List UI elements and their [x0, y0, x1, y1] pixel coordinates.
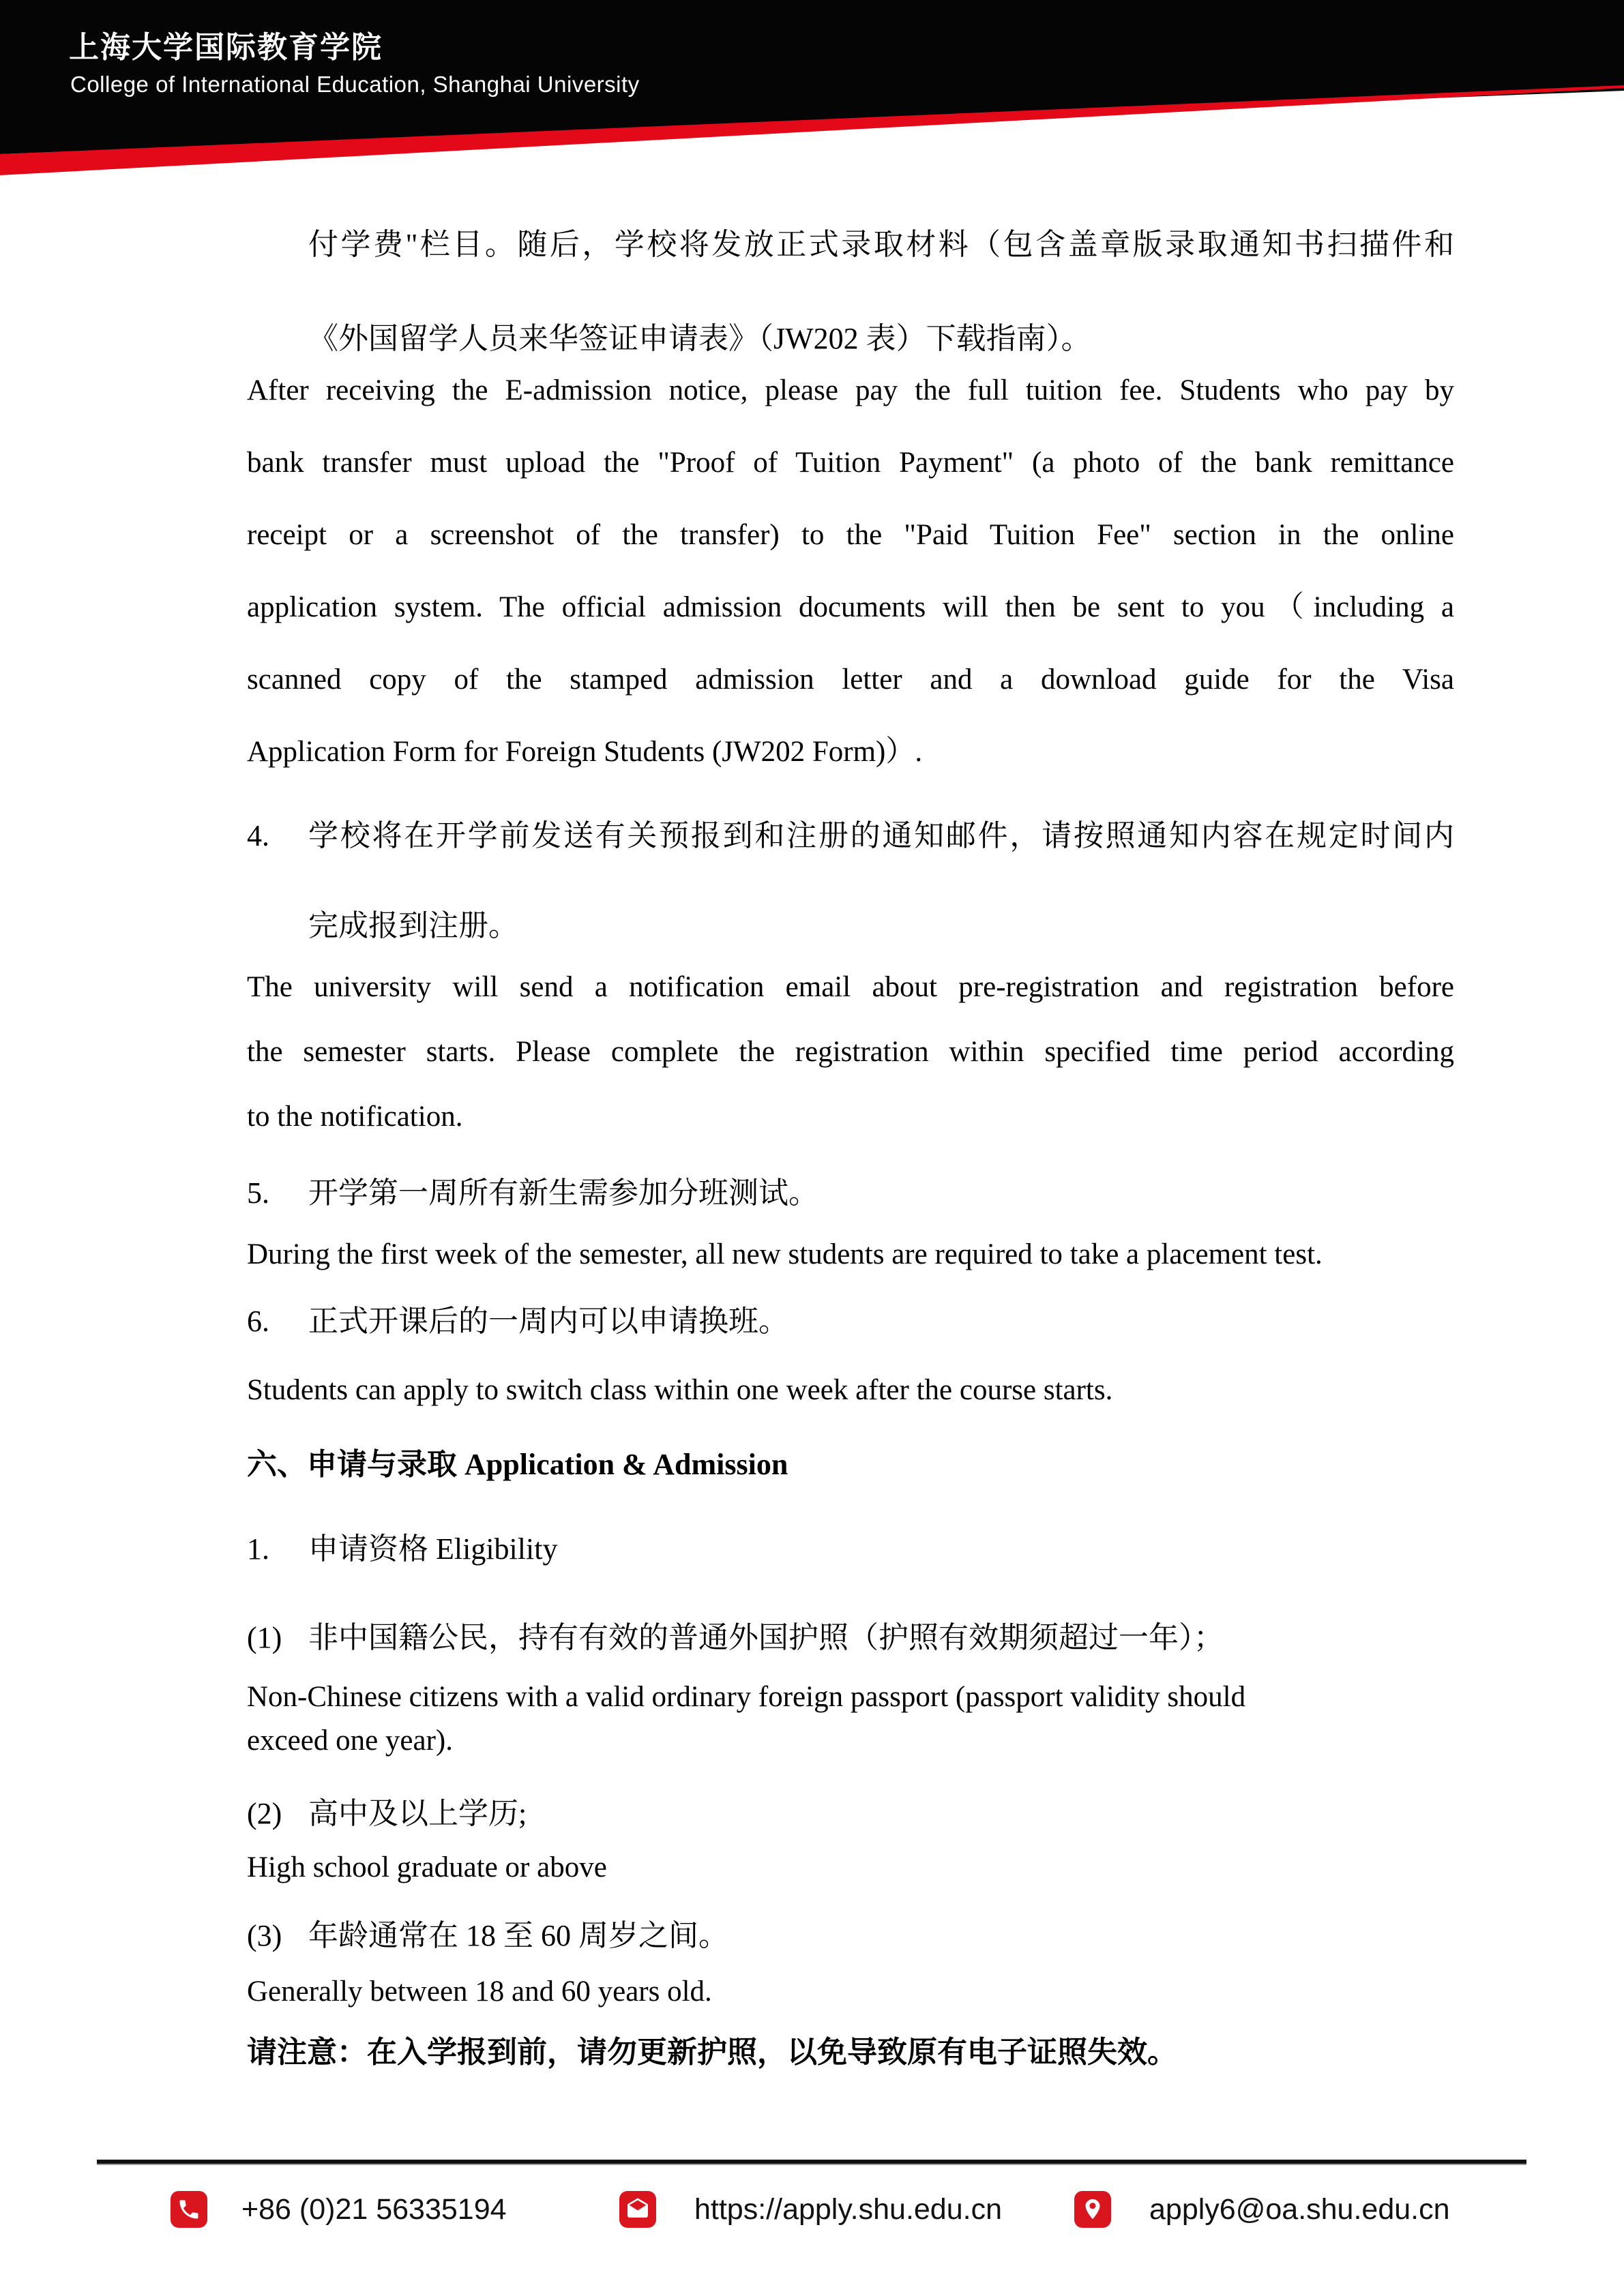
- paragraph-line-en: exceed one year).: [247, 1719, 1454, 1763]
- item-number: 1.: [247, 1517, 308, 1582]
- phone-icon: [171, 2191, 207, 2228]
- paragraph-line-en: Generally between 18 and 60 years old.: [247, 1961, 1454, 2023]
- header-banner: 上海大学国际教育学院 College of International Educ…: [0, 0, 1624, 191]
- numbered-item: 5. 开学第一周所有新生需参加分班测试。: [247, 1163, 1454, 1224]
- footer-email: apply6@oa.shu.edu.cn: [1074, 2190, 1450, 2228]
- numbered-item: 6. 正式开课后的一周内可以申请换班。: [247, 1291, 1454, 1352]
- numbered-item: 1. 申请资格 Eligibility: [247, 1517, 1454, 1582]
- org-title-english: College of International Education, Shan…: [70, 70, 640, 100]
- item-text: 开学第一周所有新生需参加分班测试。: [308, 1163, 1454, 1224]
- paragraph-line-en: After receiving the E-admission notice, …: [247, 355, 1454, 427]
- item-number: 5.: [247, 1163, 308, 1224]
- numbered-item: (3) 年龄通常在 18 至 60 周岁之间。: [247, 1903, 1454, 1969]
- item-number: (3): [247, 1903, 308, 1969]
- paragraph-line-en: Non-Chinese citizens with a valid ordina…: [247, 1675, 1454, 1719]
- location-pin-icon: [1074, 2191, 1111, 2228]
- mail-icon: [619, 2191, 656, 2228]
- paragraph-line-en: Students can apply to switch class withi…: [247, 1360, 1454, 1421]
- paragraph-line-en: to the notification.: [247, 1084, 1454, 1149]
- org-title-chinese: 上海大学国际教育学院: [69, 30, 383, 65]
- footer-phone: +86 (0)21 56335194: [171, 2190, 507, 2228]
- paragraph-line-en: Application Form for Foreign Students (J…: [247, 716, 1454, 788]
- item-number: 6.: [247, 1291, 308, 1352]
- item-text: 正式开课后的一周内可以申请换班。: [308, 1291, 1454, 1352]
- numbered-item: (1) 非中国籍公民，持有有效的普通外国护照（护照有效期须超过一年）；: [247, 1605, 1454, 1671]
- item-text: 学校将在开学前发送有关预报到和注册的通知邮件，请按照通知内容在规定时间内: [308, 791, 1454, 881]
- footer-website: https://apply.shu.edu.cn: [619, 2190, 1002, 2228]
- paragraph-line-cn: 付学费"栏目。随后，学校将发放正式录取材料（包含盖章版录取通知书扫描件和: [308, 198, 1454, 292]
- item-number: (1): [247, 1605, 308, 1671]
- phone-number: +86 (0)21 56335194: [241, 2193, 507, 2226]
- paragraph-line-en: The university will send a notification …: [247, 955, 1454, 1019]
- numbered-item: 4. 学校将在开学前发送有关预报到和注册的通知邮件，请按照通知内容在规定时间内: [247, 791, 1454, 881]
- website-url: https://apply.shu.edu.cn: [694, 2193, 1002, 2226]
- paragraph-line-en: application system. The official admissi…: [247, 571, 1454, 644]
- paragraph-line-en: High school graduate or above: [247, 1837, 1454, 1898]
- footer-divider: [97, 2160, 1526, 2165]
- paragraph-line-en: bank transfer must upload the "Proof of …: [247, 427, 1454, 499]
- notice-line: 请注意：在入学报到前，请勿更新护照，以免导致原有电子证照失效。: [247, 2020, 1454, 2085]
- item-text: 年龄通常在 18 至 60 周岁之间。: [308, 1903, 1454, 1969]
- section-heading: 六、申请与录取 Application & Admission: [247, 1432, 1454, 1497]
- item-number: 4.: [247, 791, 308, 881]
- document-page: 上海大学国际教育学院 College of International Educ…: [0, 0, 1624, 2296]
- email-address: apply6@oa.shu.edu.cn: [1149, 2193, 1450, 2226]
- paragraph-line-en: receipt or a screenshot of the transfer)…: [247, 499, 1454, 571]
- paragraph-line-en: the semester starts. Please complete the…: [247, 1019, 1454, 1084]
- item-text: 申请资格 Eligibility: [308, 1517, 1454, 1582]
- paragraph-line-en: During the first week of the semester, a…: [247, 1224, 1454, 1285]
- paragraph-line-en: scanned copy of the stamped admission le…: [247, 644, 1454, 716]
- item-text: 非中国籍公民，持有有效的普通外国护照（护照有效期须超过一年）；: [308, 1605, 1454, 1671]
